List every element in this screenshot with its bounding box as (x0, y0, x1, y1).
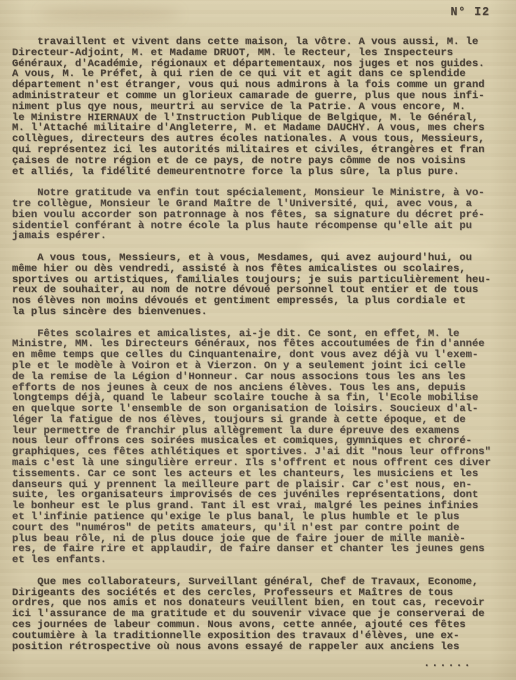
page-number: N° I2 (450, 6, 490, 19)
paragraph-gratitude: Notre gratitude va enfin tout spécialeme… (12, 188, 512, 242)
document-body: travaillent et vivent dans cette maison,… (12, 37, 512, 663)
paragraph-bienvenue: A vous tous, Messieurs, et à vous, Mesda… (12, 253, 512, 318)
paragraph-salutations: travaillent et vivent dans cette maison,… (12, 37, 512, 177)
continuation-dots: ...... (423, 658, 472, 670)
paragraph-collaborateurs: Que mes collaborateurs, Surveillant géné… (12, 577, 512, 653)
paragraph-fetes: Fêtes scolaires et amicalistes, ai-je di… (12, 329, 512, 567)
scanned-typewritten-page: N° I2 travaillent et vivent dans cette m… (0, 0, 516, 680)
paper-stain (40, 6, 180, 22)
